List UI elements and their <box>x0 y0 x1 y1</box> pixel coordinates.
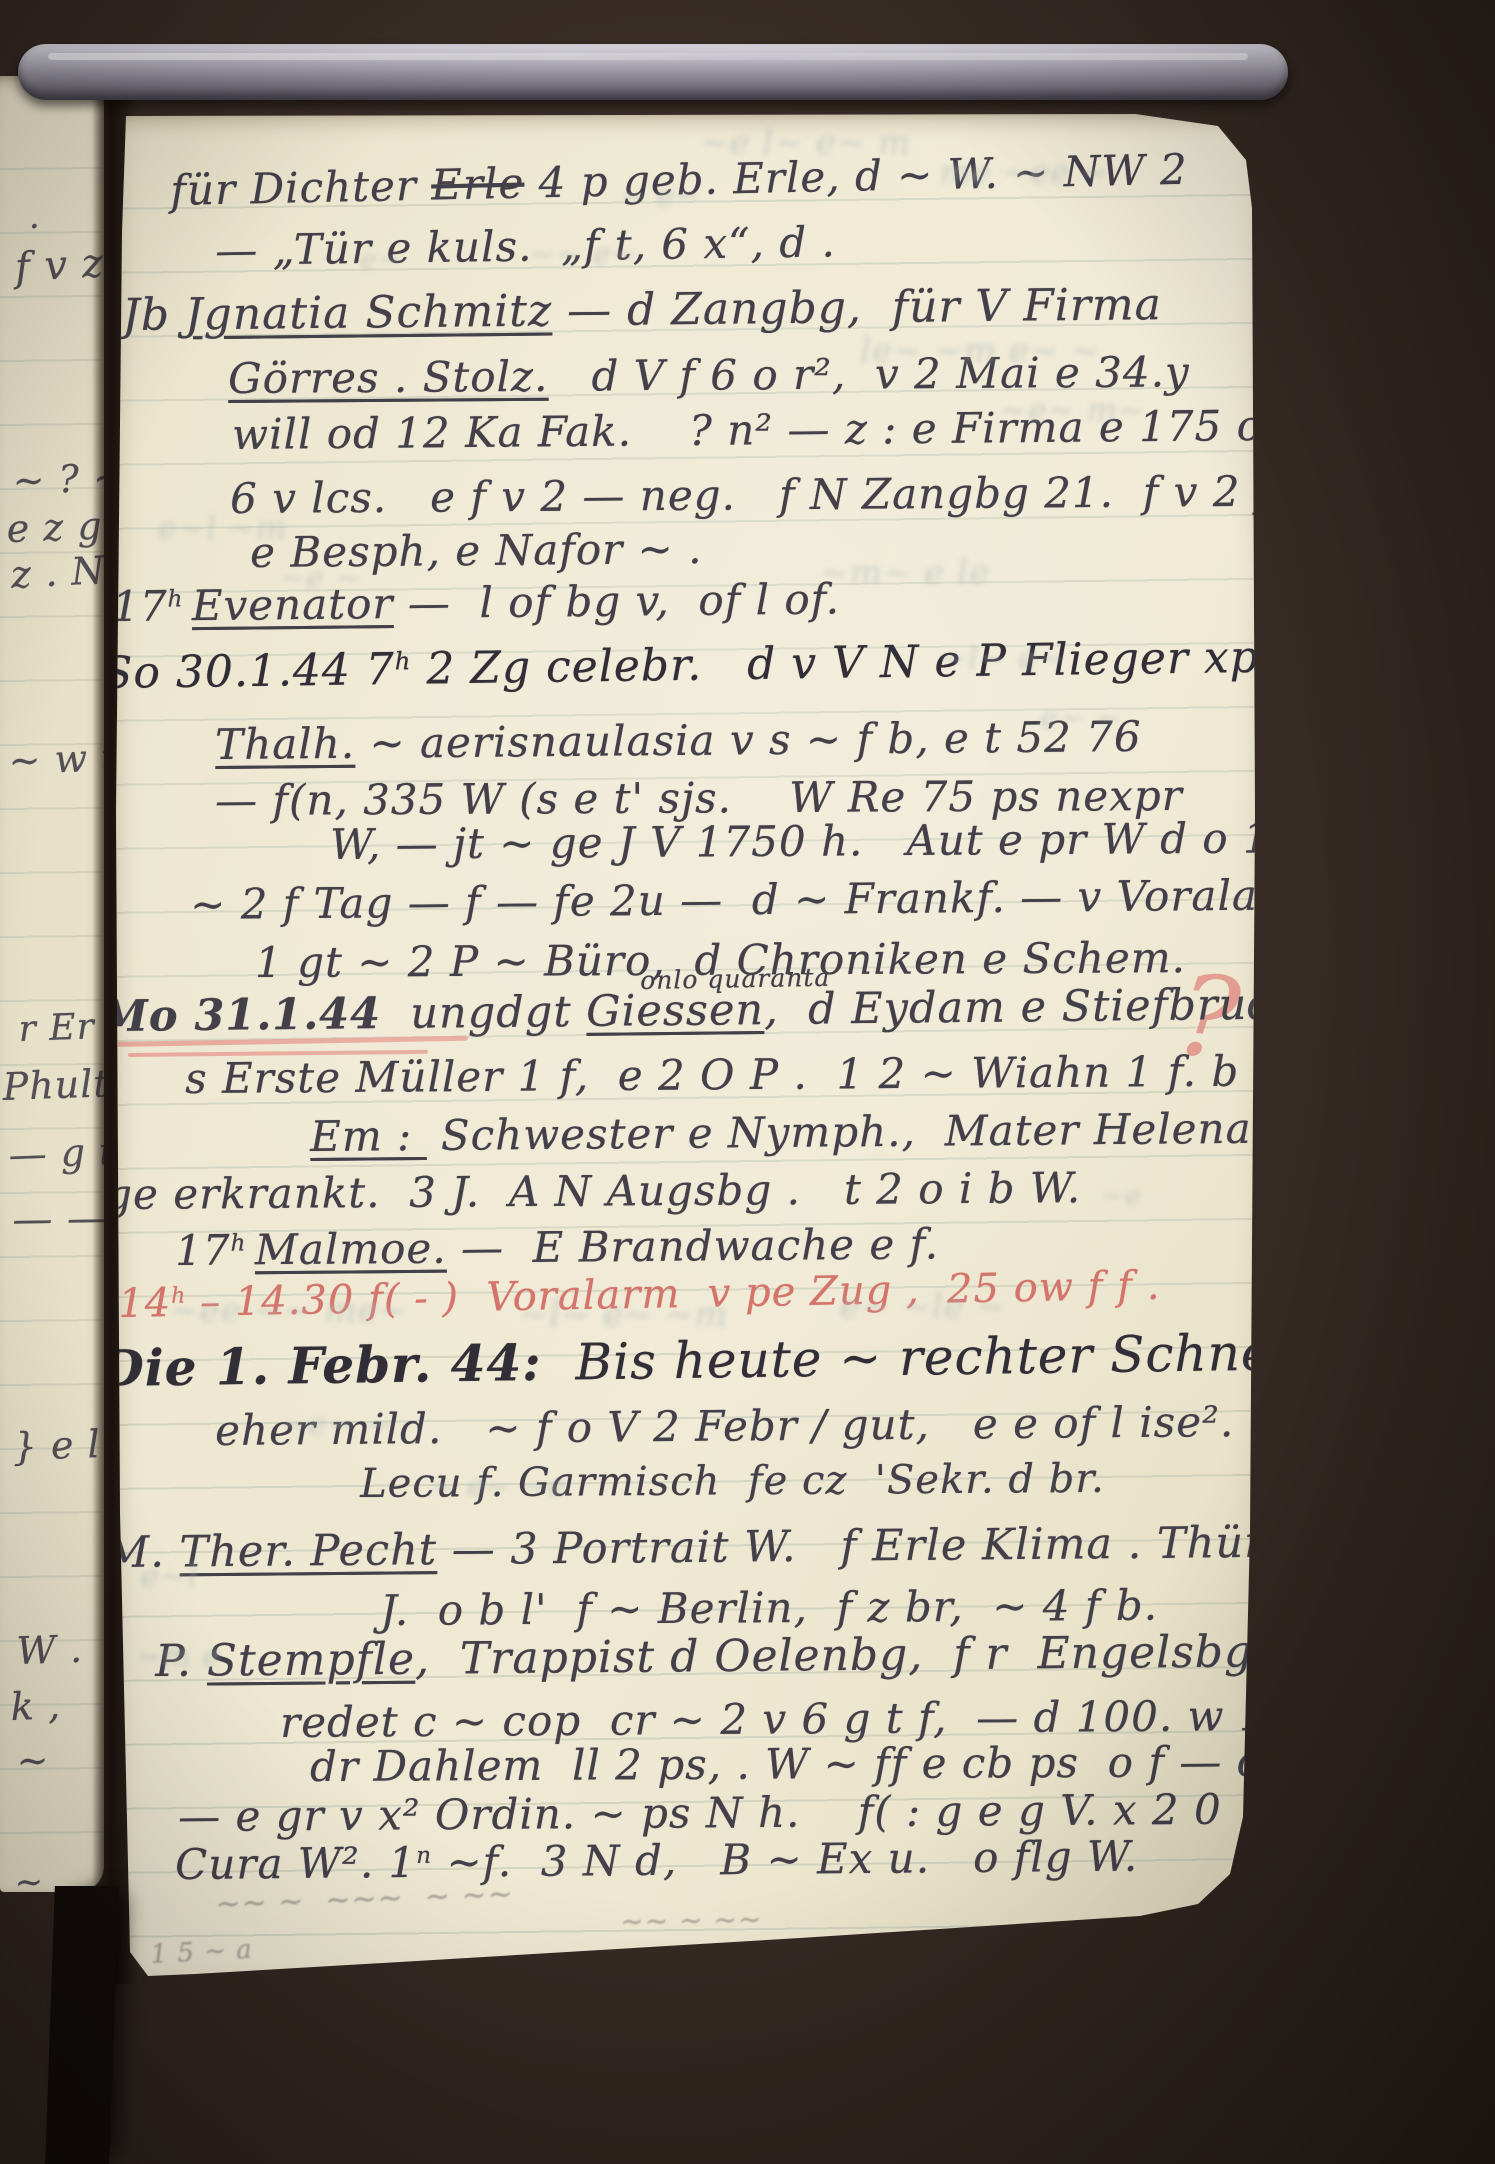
bleed-through-text: ∼e∼ ∼ <box>280 1408 395 1440</box>
bleed-through-text: e∼ ∼ <box>1040 704 1122 734</box>
diary-page: ? für Dichter Erle 4 p geb. Erle, d ∼ W.… <box>100 112 1260 1996</box>
bleed-through-text: e∼l <box>140 1560 199 1592</box>
handwriting-fragment: W . <box>16 1630 84 1670</box>
handwriting-line: Cura W². 1n ∼f. 3 N d, B ∼ Ex u. o flg W… <box>175 1836 1138 1886</box>
pencil-note: ∼∼ ∼ ∼∼∼ ∼ ∼∼ <box>215 1880 514 1920</box>
handwriting-line: dr Dahlem ll 2 ps, . W ∼ ff e cb ps o f … <box>310 1740 1260 1788</box>
handwriting-fragment: ∼ ? ∼ z <box>12 457 104 500</box>
rust-speck <box>915 1948 923 1958</box>
pencil-note: ∼∼ ∼ ∼∼ <box>620 1906 763 1936</box>
handwriting-line: Jb Jgnatia Schmitz — d Zangbg, für V Fir… <box>122 283 1162 338</box>
bleed-through-text: ∼m∼ e le <box>820 556 990 590</box>
handwriting-line: M. Ther. Pecht — 3 Portrait W. f Erle Kl… <box>105 1522 1260 1575</box>
bleed-through-text: ∼ee ∼∼ me∼ <box>170 1294 408 1328</box>
handwriting-fragment: f v z . <box>14 242 104 288</box>
bleed-through-text: ∼ e∼ ∼e <box>430 1472 567 1502</box>
bleed-through-text: le∼ ∼m e∼ ∼ <box>860 334 1101 368</box>
handwriting-line: 6 v lcs. e f v 2 — neg. f N Zangbg 21. f… <box>230 470 1260 520</box>
handwriting-line: ∼ 2 f Tag — f — fe 2u — d ∼ Frankf. — v … <box>190 874 1260 926</box>
handwriting-line: W, — jt ∼ ge J V 1750 h. Aut e pr W d o … <box>330 817 1260 866</box>
bleed-through-text: ∼l∼ e∼ <box>940 642 1066 674</box>
handwriting-fragment: z . N, <box>10 550 104 593</box>
handwriting-line: 17h Evenator — l of bg v, of l of. <box>112 578 840 628</box>
ruled-lines <box>0 106 104 1892</box>
bleed-through-text: e∼l ∼m <box>158 512 287 544</box>
handwriting-line: redet c ∼ cop cr ∼ 2 v 6 g t f, — d 100.… <box>280 1694 1260 1744</box>
bleed-through-text: ∼e∼ m∼ <box>1000 394 1146 426</box>
photo-background: { "colors": { "ink": "#43404a", "ink_dar… <box>0 0 1495 2164</box>
bleed-through-text: e∼ <box>360 246 402 274</box>
handwriting-fragment: ∼ <box>16 1741 50 1780</box>
handwriting-fragment: ∼ w tz , <box>8 737 104 780</box>
handwriting-fragment: k , <box>10 1686 61 1726</box>
handwriting-line: Mo 31.1.44 ungdgt Giessen, d Eydam e Sti… <box>100 983 1260 1039</box>
handwriting-fragment: . <box>28 200 41 234</box>
spine-dark-bar <box>45 1886 119 2164</box>
handwriting-line: Die 1. Febr. 44: Bis heute ∼ rechter Sch… <box>100 1327 1260 1394</box>
bleed-through-text: e∼ ∼le ∼ <box>840 1290 1006 1324</box>
bleed-through-text: ∼l∼ e∼ ∼m <box>520 1298 728 1332</box>
handwriting-fragment: } e l <box>12 1425 101 1466</box>
handwriting-line: Thalh. ∼ aerisnaulasia v s ∼ f b, e t 52… <box>215 716 1142 766</box>
page-weight-rod <box>18 44 1288 100</box>
bleed-through-text: ∼e <box>1100 1182 1142 1210</box>
previous-page-edge: .f v z .∼ ? ∼ ze z g:z . N,∼ w tz ,r ErP… <box>0 76 104 1892</box>
handwriting-line: J. o b l' f ∼ Berlin, f z br, ∼ 4 f b. <box>380 1585 1158 1632</box>
handwriting-line: 17h Malmoe. — E Brandwache e f. <box>175 1223 939 1272</box>
handwriting-line: Em : Schwester e Nymph., Mater Helena <box>310 1108 1252 1158</box>
handwriting-fragment: — — <box>12 1198 104 1240</box>
handwriting-line: s Erste Müller 1 f, e 2 O P . 1 2 ∼ Wiah… <box>185 1050 1260 1100</box>
handwriting-fragment: e z g: <box>6 506 104 548</box>
bleed-through-text: ∼∼ e∼ <box>530 240 638 270</box>
handwriting-line: — e gr v x² Ordin. ∼ ps N h. f( : g e g … <box>178 1789 1222 1838</box>
handwriting-fragment: ∼ <box>14 1865 45 1892</box>
handwriting-fragment: r Er <box>18 1009 95 1048</box>
handwriting-fragment: Phultz. <box>2 1063 104 1106</box>
handwriting-line: ge erkrankt. 3 J. A N Augsbg . t 2 o i b… <box>105 1167 1081 1216</box>
bleed-through-text: ∼m e <box>136 1642 221 1672</box>
handwriting-line: So 30.1.44 7h 2 Zg celebr. d v V N e P F… <box>102 634 1260 696</box>
bleed-through-text: ∼e l∼ e∼ m <box>700 126 911 160</box>
handwriting-line: — „Tür e kuls. „f t, 6 x“, d . <box>215 221 836 272</box>
bleed-through-text: ∼ e∼ <box>620 182 702 212</box>
bleed-through-text: me ∼ee ∼ <box>940 156 1109 188</box>
bleed-through-text: ∼e ∼ <box>280 564 362 594</box>
pencil-note: 1 5 ∼ a <box>150 1937 253 1968</box>
handwriting-fragment: — g t <box>8 1132 104 1174</box>
handwriting-line: P. Stempfle, Trappist d Oelenbg, f r Eng… <box>155 1630 1253 1684</box>
